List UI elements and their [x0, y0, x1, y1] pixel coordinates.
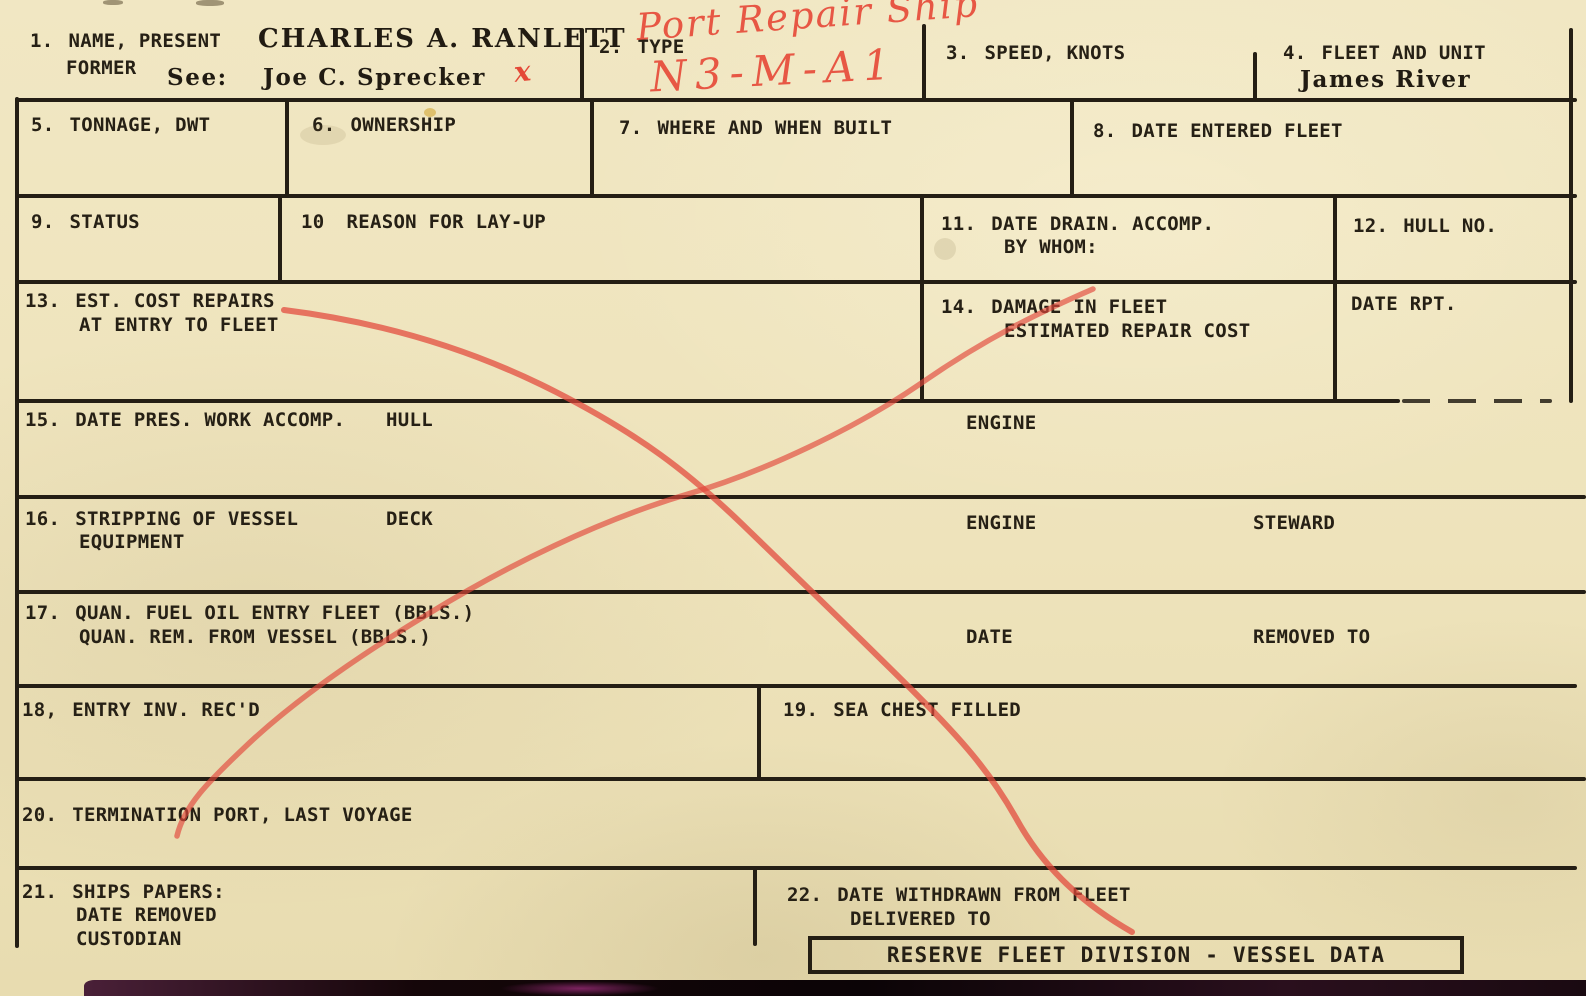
v-line-f9-f10 — [278, 194, 282, 282]
field-14-number: 14. — [941, 296, 976, 318]
field-20-number: 20. — [22, 804, 57, 826]
card-title: RESERVE FLEET DIVISION - VESSEL DATA — [887, 943, 1385, 967]
field-22-label-text: DATE WITHDRAWN FROM FLEET — [837, 884, 1130, 906]
v-line-f18-f19 — [757, 684, 761, 779]
field-22-label: 22. DATE WITHDRAWN FROM FLEET — [787, 884, 1131, 906]
field-5-label-text: TONNAGE, DWT — [69, 114, 210, 136]
field-15-label: 15. DATE PRES. WORK ACCOMP. — [25, 409, 345, 431]
field-1-label: 1. NAME, PRESENT — [30, 30, 221, 52]
field-9-label: 9. STATUS — [31, 211, 140, 233]
field-18-label: 18, ENTRY INV. REC'D — [22, 699, 260, 721]
v-line-f2-f3 — [922, 24, 926, 100]
v-line-right-border — [1569, 28, 1573, 403]
field-4-value: James River — [1300, 66, 1471, 93]
v-line-left-border — [15, 97, 19, 948]
field-4-number: 4. — [1283, 42, 1306, 64]
field-21-sublabel-custodian: CUSTODIAN — [76, 928, 182, 950]
v-line-f21-f22 — [753, 866, 757, 946]
paper-stain — [300, 125, 346, 145]
field-7-label-text: WHERE AND WHEN BUILT — [657, 117, 892, 139]
paper-speck — [196, 0, 224, 6]
field-20-label-text: TERMINATION PORT, LAST VOYAGE — [72, 804, 412, 826]
h-line-row1 — [15, 98, 1577, 102]
field-16-sublabel: EQUIPMENT — [79, 531, 185, 553]
field-17-label: 17. QUAN. FUEL OIL ENTRY FLEET (BBLS.) — [25, 602, 474, 624]
field-4-label-text: FLEET AND UNIT — [1321, 42, 1485, 64]
field-16-label-text: STRIPPING OF VESSEL — [75, 508, 298, 530]
field-18-label-text: ENTRY INV. REC'D — [72, 699, 260, 721]
red-x-mark: x — [512, 54, 532, 89]
field-16-label: 16. STRIPPING OF VESSEL — [25, 508, 298, 530]
h-line-row7 — [15, 684, 1577, 688]
field-19-number: 19. — [783, 699, 818, 721]
field-12-label: 12. HULL NO. — [1353, 215, 1497, 237]
field-9-label-text: STATUS — [69, 211, 139, 233]
field-14-label-text: DAMAGE IN FLEET — [991, 296, 1167, 318]
field-8-number: 8. — [1093, 120, 1116, 142]
paper-stain — [424, 108, 436, 117]
field-15-label-text: DATE PRES. WORK ACCOMP. — [75, 409, 345, 431]
field-16-deck-label: DECK — [386, 508, 433, 530]
field-7-label: 7. WHERE AND WHEN BUILT — [619, 117, 892, 139]
field-2-number: 2. — [599, 36, 622, 58]
field-11-number: 11. — [941, 213, 976, 235]
field-6-label-text: OWNERSHIP — [350, 114, 456, 136]
field-13-number: 13. — [25, 290, 60, 312]
handwritten-port-repair-ship: Port Repair Ship — [635, 0, 981, 49]
field-21-label-text: SHIPS PAPERS: — [72, 881, 225, 903]
h-line-row4-dashed-tail — [1402, 399, 1552, 403]
v-line-f6-f7 — [590, 98, 594, 196]
field-10-label-text: REASON FOR LAY-UP — [346, 211, 546, 233]
field-19-label-text: SEA CHEST FILLED — [833, 699, 1021, 721]
v-line-f3-f4 — [1253, 52, 1257, 100]
red-pencil-stroke-b — [177, 289, 1093, 836]
field-1-number: 1. — [30, 30, 53, 52]
scan-bottom-edge-glow — [500, 981, 660, 996]
h-line-row4 — [15, 399, 1400, 403]
field-4-label: 4. FLEET AND UNIT — [1283, 42, 1486, 64]
field-10-label: 10 REASON FOR LAY-UP — [301, 211, 546, 233]
field-18-number: 18, — [22, 699, 57, 721]
field-15-engine-label: ENGINE — [966, 412, 1036, 434]
field-16-number: 16. — [25, 508, 60, 530]
field-5-label: 5. TONNAGE, DWT — [31, 114, 210, 136]
field-22-sublabel: DELIVERED TO — [850, 908, 991, 930]
field-17-sublabel: QUAN. REM. FROM VESSEL (BBLS.) — [79, 626, 431, 648]
field-13-label-text: EST. COST REPAIRS — [75, 290, 275, 312]
field-17-label-text: QUAN. FUEL OIL ENTRY FLEET (BBLS.) — [75, 602, 474, 624]
v-line-f11-f12 — [1333, 194, 1337, 401]
field-11-label: 11. DATE DRAIN. ACCOMP. — [941, 213, 1214, 235]
h-line-row6 — [15, 590, 1586, 594]
h-line-row3 — [15, 280, 1577, 284]
h-line-row9 — [15, 866, 1577, 870]
field-1-sublabel-former: FORMER — [66, 57, 136, 79]
field-1-label-text: NAME, PRESENT — [68, 30, 221, 52]
field-1-former-name-value: Joe C. Sprecker — [263, 64, 486, 91]
field-14-date-rpt-label: DATE RPT. — [1351, 293, 1457, 315]
field-9-number: 9. — [31, 211, 54, 233]
field-21-number: 21. — [22, 881, 57, 903]
field-14-sublabel: ESTIMATED REPAIR COST — [1004, 320, 1251, 342]
h-line-row8 — [15, 777, 1586, 781]
paper-stain — [934, 238, 956, 260]
field-17-date-label: DATE — [966, 626, 1013, 648]
field-22-number: 22. — [787, 884, 822, 906]
field-12-number: 12. — [1353, 215, 1388, 237]
h-line-row2 — [15, 194, 1577, 198]
h-line-row5 — [15, 495, 1586, 499]
paper-speck — [103, 0, 123, 5]
v-line-f5-f6 — [285, 98, 289, 196]
field-15-number: 15. — [25, 409, 60, 431]
field-15-hull-label: HULL — [386, 409, 433, 431]
field-11-label-text: DATE DRAIN. ACCOMP. — [991, 213, 1214, 235]
card-title-box: RESERVE FLEET DIVISION - VESSEL DATA — [808, 936, 1464, 974]
field-10-number: 10 — [301, 211, 324, 233]
field-1-present-name-value: CHARLES A. RANLETT — [258, 24, 627, 54]
field-19-label: 19. SEA CHEST FILLED — [783, 699, 1021, 721]
field-13-label: 13. EST. COST REPAIRS — [25, 290, 275, 312]
field-13-sublabel: AT ENTRY TO FLEET — [79, 314, 279, 336]
field-12-label-text: HULL NO. — [1403, 215, 1497, 237]
field-7-number: 7. — [619, 117, 642, 139]
field-11-sublabel: BY WHOM: — [1004, 236, 1098, 258]
field-14-label: 14. DAMAGE IN FLEET — [941, 296, 1167, 318]
field-16-engine-label: ENGINE — [966, 512, 1036, 534]
handwritten-type-value: N3-M-A1 — [649, 40, 899, 102]
vessel-data-card: 1. NAME, PRESENT FORMER CHARLES A. RANLE… — [0, 0, 1586, 996]
field-21-label: 21. SHIPS PAPERS: — [22, 881, 225, 903]
v-line-f7-f8 — [1070, 98, 1074, 196]
field-17-removed-to-label: REMOVED TO — [1253, 626, 1370, 648]
field-5-number: 5. — [31, 114, 54, 136]
field-3-label-text: SPEED, KNOTS — [984, 42, 1125, 64]
field-17-number: 17. — [25, 602, 60, 624]
field-1-former-prefix: See: — [167, 64, 228, 91]
field-16-steward-label: STEWARD — [1253, 512, 1335, 534]
field-3-label: 3. SPEED, KNOTS — [946, 42, 1125, 64]
field-20-label: 20. TERMINATION PORT, LAST VOYAGE — [22, 804, 413, 826]
field-3-number: 3. — [946, 42, 969, 64]
field-8-label-text: DATE ENTERED FLEET — [1131, 120, 1342, 142]
field-8-label: 8. DATE ENTERED FLEET — [1093, 120, 1343, 142]
field-21-sublabel-date-removed: DATE REMOVED — [76, 904, 217, 926]
scan-bottom-edge — [84, 980, 1586, 996]
v-line-f10-f11 — [920, 194, 924, 401]
